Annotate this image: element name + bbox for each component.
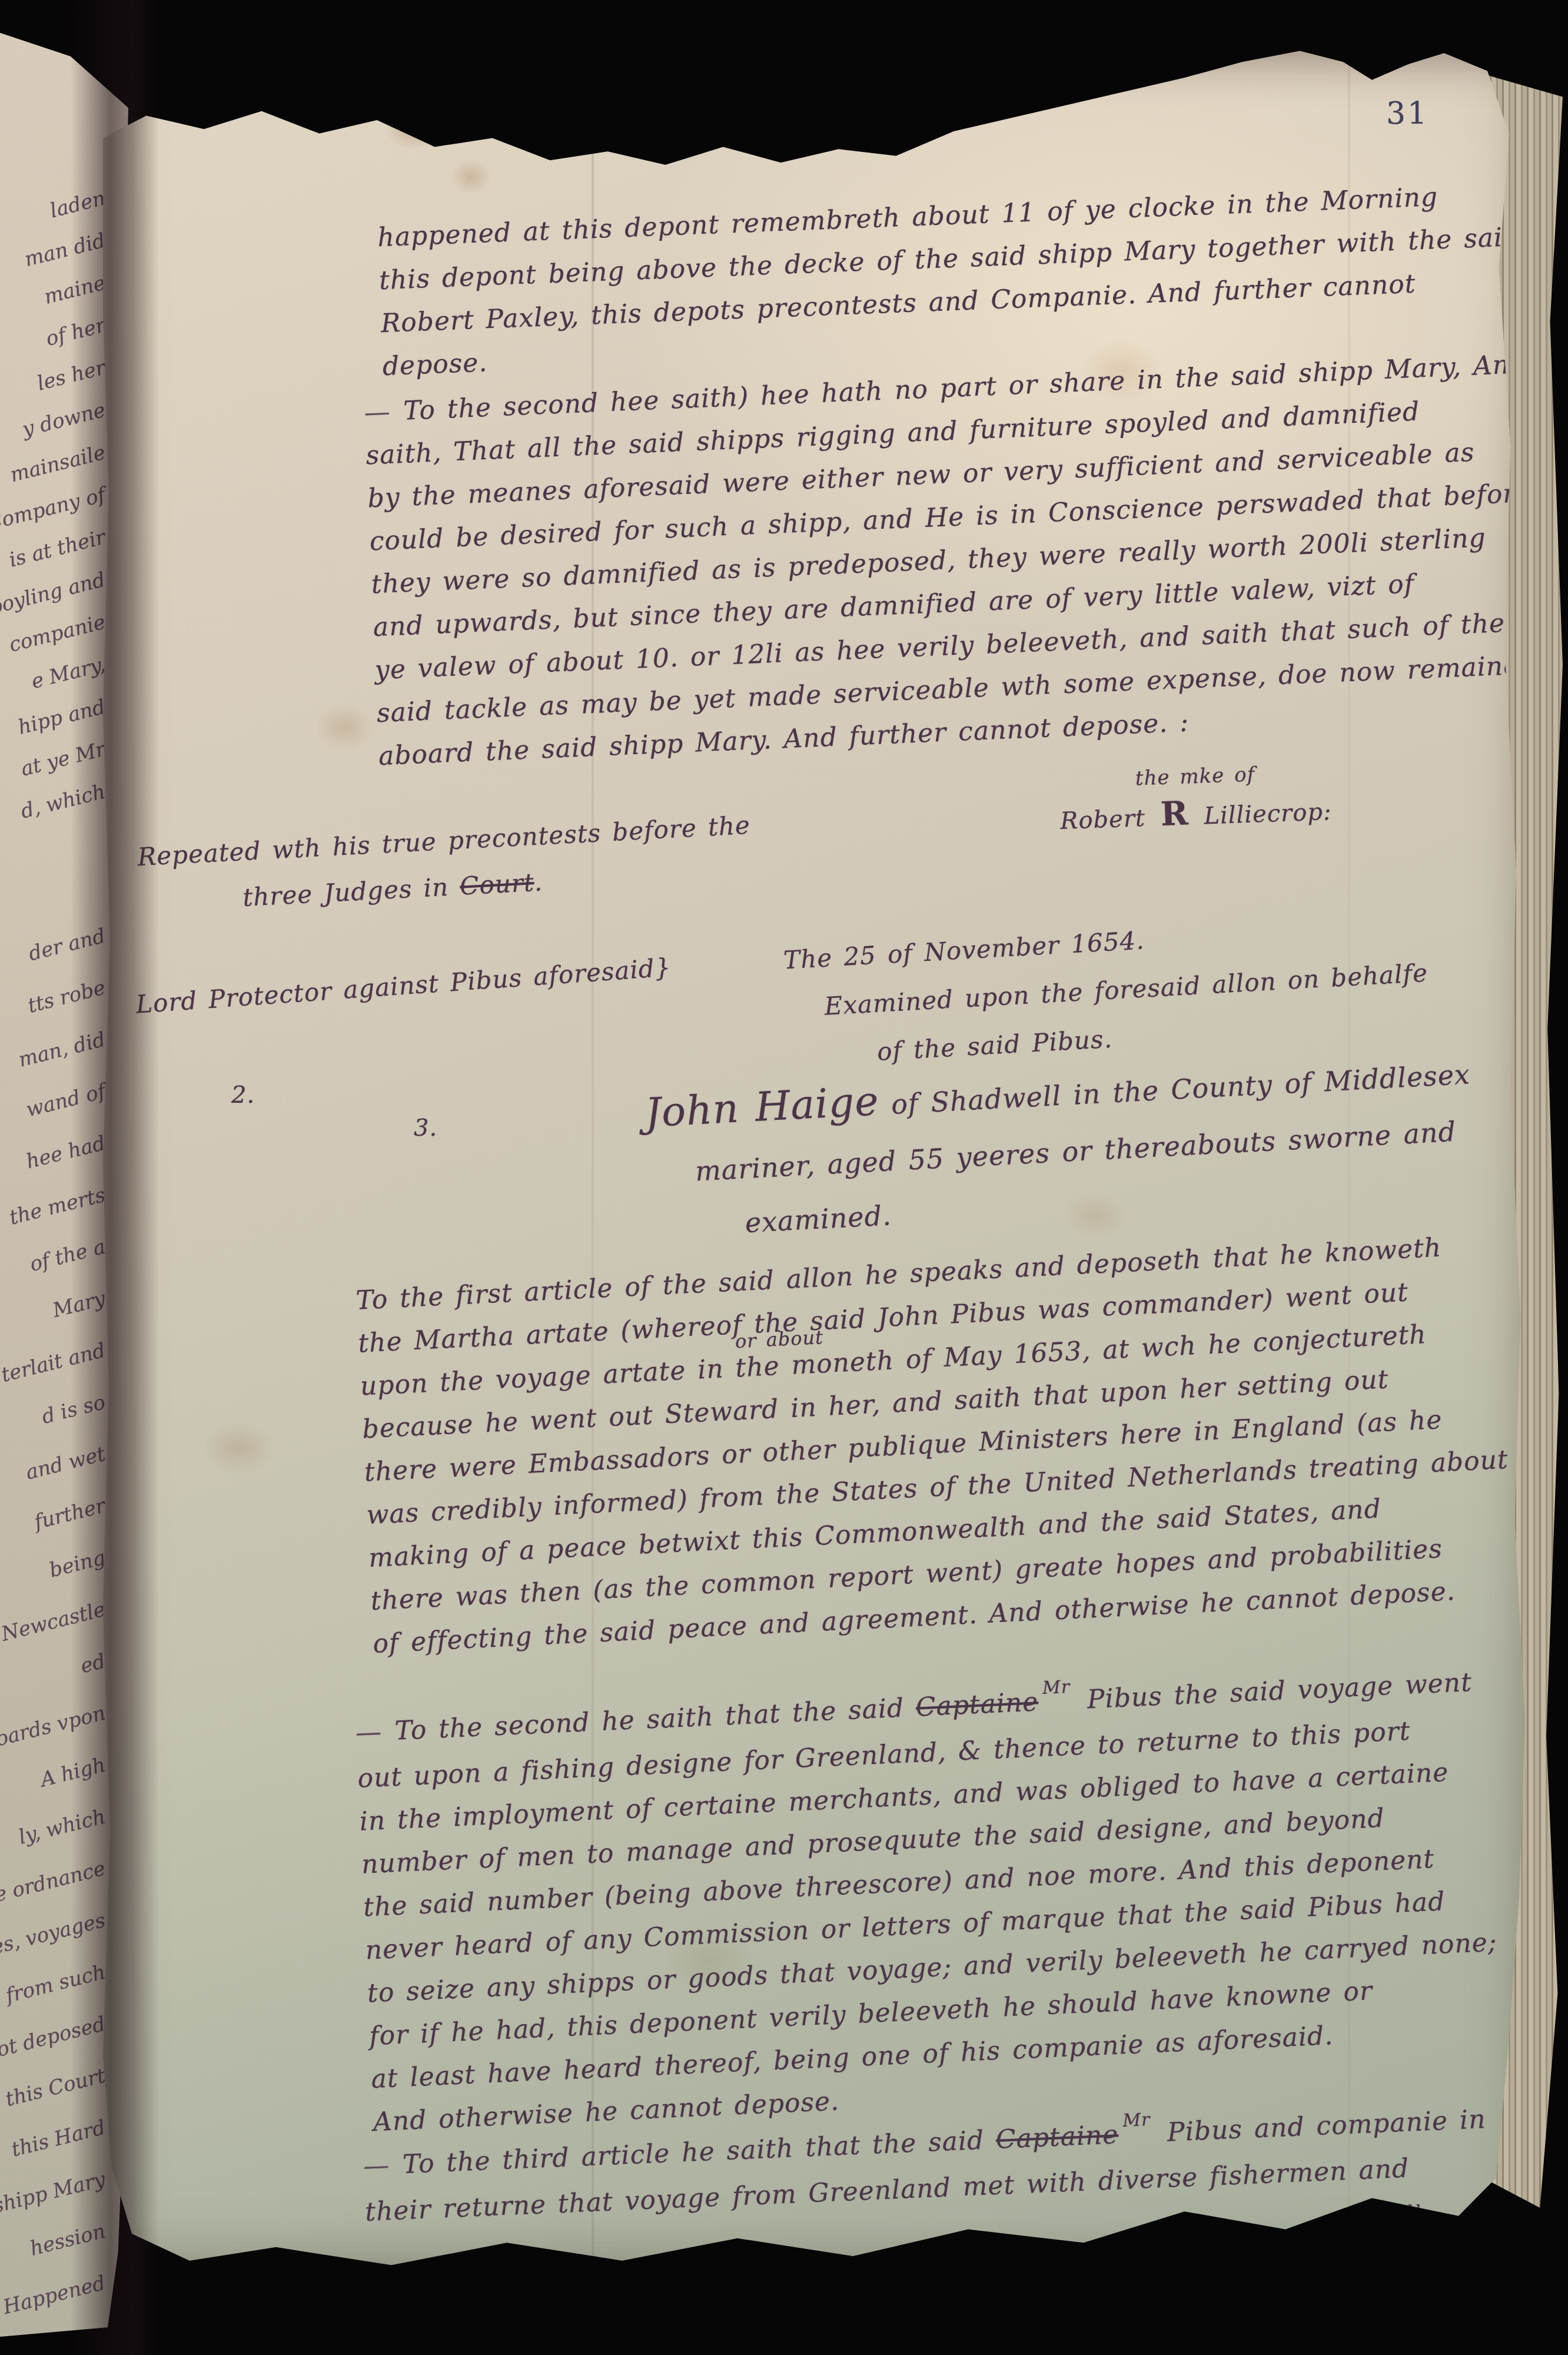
signature-mark: R <box>1160 794 1190 834</box>
stain <box>315 704 374 751</box>
left-page-fragments-top: ladenman didmaineof herles hery downemai… <box>0 177 105 812</box>
article2-answer: To the second he saith that the said Cap… <box>354 1660 1504 2144</box>
margin-article-number-2: 2. <box>231 1082 255 1109</box>
interlinear-insertion: or about <box>735 1326 824 1352</box>
article2-line1-post: Pibus the said voyage went <box>1075 1667 1473 1716</box>
stain <box>203 1422 274 1475</box>
stain <box>450 159 491 194</box>
margin-repeated-line2-pre: three Judges in <box>242 872 460 912</box>
article2-insertion: Mr <box>1042 1677 1071 1699</box>
deponent-signature: the mke of RobertRLilliecrop: <box>1058 755 1332 837</box>
manuscript-page: 31 happened at this depont remembreth ab… <box>103 44 1545 2278</box>
article2-rest-lines: out upon a fishing designe for Greenland… <box>357 1706 1504 2144</box>
article2-struck-word: Captaine <box>915 1687 1039 1722</box>
article3-insertion: Mr <box>1122 2109 1151 2131</box>
margin-repeated-struck-word: Court <box>459 868 535 901</box>
deponent-heading: John Haige of Shadwell in the County of … <box>643 1041 1477 1255</box>
margin-repeated-line2-post: . <box>533 867 543 897</box>
signature-name: RobertRLilliecrop: <box>1059 789 1332 837</box>
stain <box>386 109 438 150</box>
margin-article-number-3: 3. <box>414 1115 437 1142</box>
article3-line1-post: Pibus and companie in <box>1155 2104 1486 2148</box>
article1-answer: or about To the first article of the sai… <box>355 1223 1516 1666</box>
article3-struck-word: Captaine <box>995 2119 1119 2155</box>
signature-surname: Lilliecrop: <box>1204 798 1333 830</box>
left-page-fragments-bottom: der andtts robeman, didwand ofhee hadthe… <box>0 910 105 2308</box>
folio-number: 31 <box>1386 96 1429 131</box>
signature-forename: Robert <box>1060 805 1146 835</box>
margin-note-repeated: Repeated wth his true precontests before… <box>137 802 754 926</box>
deposition-paragraph-2: To the second hee saith) hee hath no par… <box>363 343 1542 778</box>
deponent-name: John Haige <box>644 1078 880 1137</box>
